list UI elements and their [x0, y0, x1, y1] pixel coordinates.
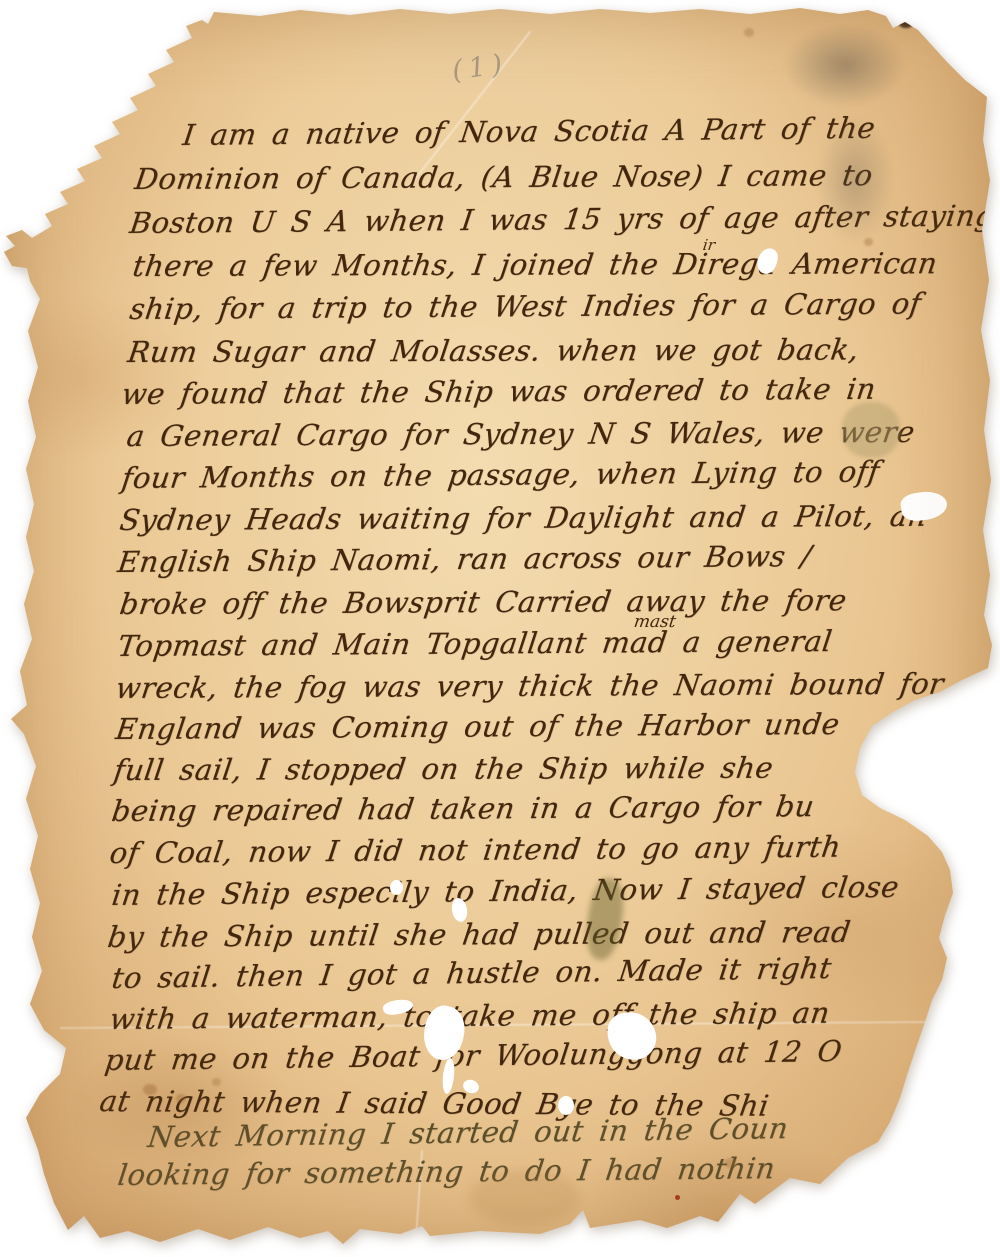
letter-line: looking for something to do I had nothin [116, 1151, 778, 1192]
letter-line: wreck, the fog was very thick the Naomi … [114, 667, 946, 705]
letter-line: Topmast and Main Topgallant mad a genera… [116, 624, 835, 663]
ink-smudge-stain [760, 8, 930, 123]
letter-line: in the Ship especily to India, Now I sta… [110, 870, 901, 912]
letter-line: Dominion of Canada, (A Blue Nose) I came… [133, 158, 875, 196]
insertion-ir: ir [702, 236, 716, 254]
letter-line: of Coal, now I did not intend to go any … [108, 830, 843, 870]
paper-shadow: (1) I am a native of Nova Scotia A Part … [0, 0, 1000, 1257]
letter-line: put me on the Boat for Woolunggong at 12… [103, 1034, 844, 1077]
letter-line: ship, for a trip to the West Indies for … [128, 286, 924, 326]
letter-line: Sydney Heads waiting for Daylight and a … [118, 499, 930, 537]
foxing-spot [864, 238, 873, 246]
letter-line: full sail, I stopped on the Ship while s… [112, 751, 776, 787]
foxing-spot [744, 28, 754, 37]
letter-line: to sail. then I got a hustle on. Made it… [110, 951, 834, 995]
letter-line: there a few Months, I joined the Direga … [131, 246, 940, 283]
letter-line: broke off the Bowsprit Carried away the … [118, 583, 849, 621]
letter-line: Rum Sugar and Molasses. when we got back… [126, 332, 861, 369]
letter-line: we found that the Ship was ordered to ta… [120, 372, 878, 411]
letter-line: English Ship Naomi, ran across our Bows … [116, 539, 814, 579]
letter-line: England was Coming out of the Harbor und… [114, 707, 842, 746]
letter-line: Boston U S A when I was 15 yrs of age af… [128, 198, 997, 240]
insertion-mast: mast [633, 612, 678, 632]
pencil-page-number: (1) [450, 48, 510, 87]
letter-line: a General Cargo for Sydney N S Wales, we… [125, 415, 917, 453]
letter-line: I am a native of Nova Scotia A Part of t… [181, 111, 878, 152]
letter-line: by the Ship until she had pulled out and… [106, 915, 853, 954]
letter-line: four Months on the passage, when Lying t… [120, 454, 882, 495]
letter-line: with a waterman, to take me off the ship… [108, 996, 832, 1036]
corner-ink-spot [898, 16, 914, 28]
scanned-letter-page: (1) I am a native of Nova Scotia A Part … [0, 0, 1000, 1257]
red-fleck [675, 1195, 680, 1200]
letter-paper: (1) I am a native of Nova Scotia A Part … [0, 0, 1000, 1257]
letter-line: being repaired had taken in a Cargo for … [110, 789, 817, 828]
